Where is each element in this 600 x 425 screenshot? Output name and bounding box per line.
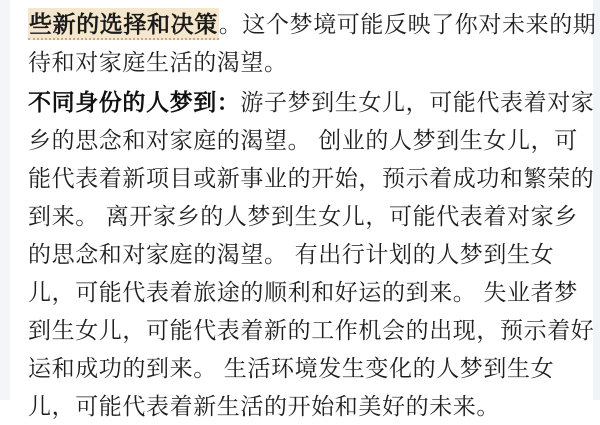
highlighted-phrase[interactable]: 些新的选择和决策 — [28, 8, 219, 40]
text-line: 些新的选择和决策。这个梦境可能反映了你对未来的期 — [28, 5, 594, 43]
right-gutter — [593, 0, 600, 400]
text-line: 待和对家庭生活的渴望。 — [28, 43, 594, 81]
text-line: 的思念和对家庭的渴望。 有出行计划的人梦到生女 — [28, 235, 594, 273]
text-line-clipped: 儿，可能代表着新生活的开始和美好的未来。 — [28, 387, 594, 400]
text-line: 乡的思念和对家庭的渴望。 创业的人梦到生女儿，可 — [28, 121, 594, 159]
article-body: 些新的选择和决策。这个梦境可能反映了你对未来的期 待和对家庭生活的渴望。 不同身… — [28, 5, 594, 400]
text-line: 到生女儿，可能代表着新的工作机会的出现，预示着好 — [28, 311, 594, 349]
text-line: 儿，可能代表着旅途的顺利和好运的到来。 失业者梦 — [28, 273, 594, 311]
paragraph-identities: 不同身份的人梦到：游子梦到生女儿，可能代表着对家 乡的思念和对家庭的渴望。 创业… — [28, 83, 594, 400]
section-lead-bold: 不同身份的人梦到： — [28, 89, 240, 115]
paragraph-dream-meaning: 些新的选择和决策。这个梦境可能反映了你对未来的期 待和对家庭生活的渴望。 — [28, 5, 594, 81]
text-line-rest: 游子梦到生女儿，可能代表着对家 — [240, 89, 594, 115]
text-line: 到来。 离开家乡的人梦到生女儿，可能代表着对家乡 — [28, 197, 594, 235]
text-line-rest: 。这个梦境可能反映了你对未来的期 — [219, 11, 597, 37]
text-line: 不同身份的人梦到：游子梦到生女儿，可能代表着对家 — [28, 83, 594, 121]
left-gutter — [0, 0, 10, 400]
text-line: 运和成功的到来。 生活环境发生变化的人梦到生女 — [28, 349, 594, 387]
text-line: 能代表着新项目或新事业的开始，预示着成功和繁荣的 — [28, 159, 594, 197]
